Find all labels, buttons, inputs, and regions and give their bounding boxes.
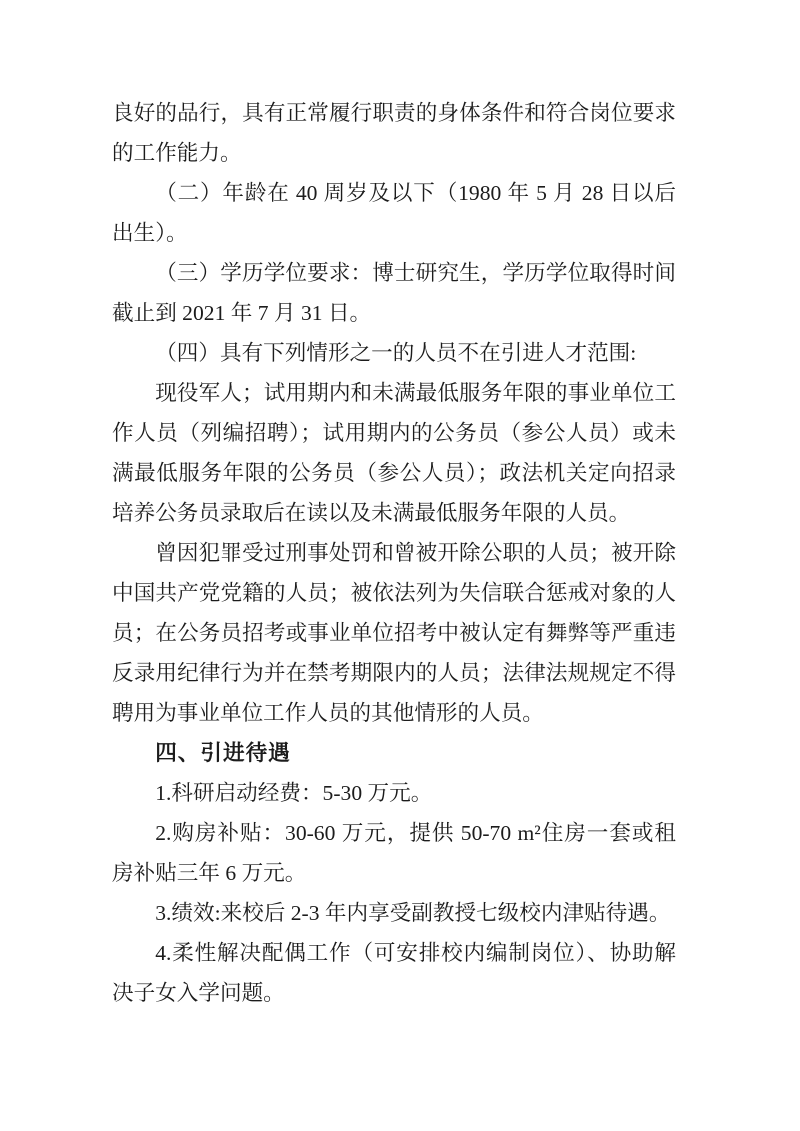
paragraph: 良好的品行，具有正常履行职责的身体条件和符合岗位要求的工作能力。 bbox=[112, 93, 676, 173]
paragraph: 1.科研启动经费：5-30 万元。 bbox=[112, 773, 676, 813]
paragraph: （三）学历学位要求：博士研究生，学历学位取得时间截止到 2021 年 7 月 3… bbox=[112, 253, 676, 333]
paragraph: （四）具有下列情形之一的人员不在引进人才范围: bbox=[112, 333, 676, 373]
document-page: 良好的品行，具有正常履行职责的身体条件和符合岗位要求的工作能力。（二）年龄在 4… bbox=[0, 0, 800, 1131]
paragraph: 现役军人；试用期内和未满最低服务年限的事业单位工作人员（列编招聘）；试用期内的公… bbox=[112, 373, 676, 533]
paragraph: 4.柔性解决配偶工作（可安排校内编制岗位）、协助解决子女入学问题。 bbox=[112, 933, 676, 1013]
paragraph: 3.绩效:来校后 2-3 年内享受副教授七级校内津贴待遇。 bbox=[112, 893, 676, 933]
paragraph: （二）年龄在 40 周岁及以下（1980 年 5 月 28 日以后出生）。 bbox=[112, 173, 676, 253]
paragraph: 曾因犯罪受过刑事处罚和曾被开除公职的人员；被开除中国共产党党籍的人员；被依法列为… bbox=[112, 533, 676, 733]
document-content: 良好的品行，具有正常履行职责的身体条件和符合岗位要求的工作能力。（二）年龄在 4… bbox=[112, 93, 676, 1013]
paragraph: 四、引进待遇 bbox=[112, 733, 676, 773]
paragraph: 2.购房补贴：30-60 万元，提供 50-70 m²住房一套或租房补贴三年 6… bbox=[112, 813, 676, 893]
